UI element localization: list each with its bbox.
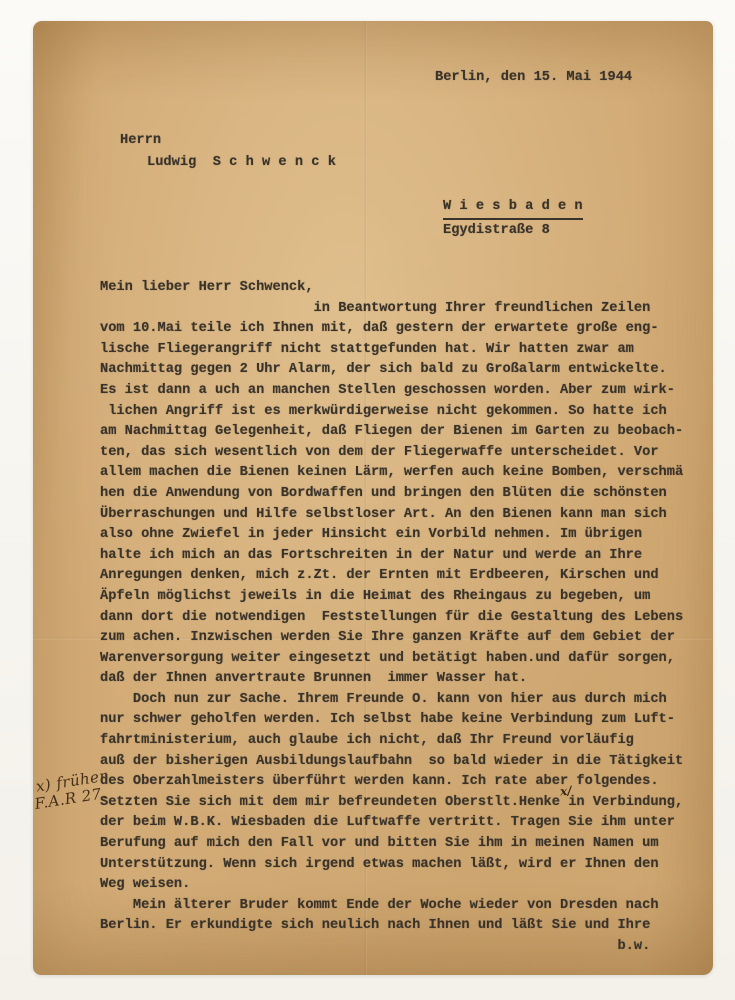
letter-line: auß der bisherigen Ausbildungslaufbahn s…	[100, 752, 683, 773]
letter-line: nur schwer geholfen werden. Ich selbst h…	[100, 710, 683, 731]
letter-line: fahrtministerium, auch glaube ich nicht,…	[100, 731, 683, 752]
letter-line: Weg weisen.	[100, 875, 683, 896]
recipient-name: Ludwig S c h w e n c k	[147, 153, 336, 174]
letter-line: hen die Anwendung von Bordwaffen und bri…	[100, 484, 683, 505]
letter-line: zum achen. Inzwischen werden Sie Ihre ga…	[100, 628, 683, 649]
letter-line: Setzten Sie sich mit dem mir befreundete…	[100, 793, 683, 814]
letter-line: Unterstützung. Wenn sich irgend etwas ma…	[100, 855, 683, 876]
letter-line: Es ist dann a uch an manchen Stellen ges…	[100, 381, 683, 402]
letter-line: vom 10.Mai teile ich Ihnen mit, daß gest…	[100, 319, 683, 340]
letter-line: lichen Angriff ist es merkwürdigerweise …	[100, 402, 683, 423]
letter-line: Nachmittag gegen 2 Uhr Alarm, der sich b…	[100, 360, 683, 381]
letter-line: in Beantwortung Ihrer freundlichen Zeile…	[100, 299, 683, 320]
letter-line: ten, das sich wesentlich von dem der Fli…	[100, 443, 683, 464]
letter-line: des Oberzahlmeisters überführt werden ka…	[100, 772, 683, 793]
letter-line: b.w.	[100, 937, 683, 958]
letter-line: Berufung auf mich den Fall vor und bitte…	[100, 834, 683, 855]
date-line: Berlin, den 15. Mai 1944	[435, 68, 632, 89]
letter-line: Mein älterer Bruder kommt Ende der Woche…	[100, 896, 683, 917]
letter-line: allem machen die Bienen keinen Lärm, wer…	[100, 463, 683, 484]
letter-line: Anregungen denken, mich z.Zt. der Ernten…	[100, 566, 683, 587]
letter-line: Mein lieber Herr Schwenck,	[100, 278, 683, 299]
letter-line: halte ich mich an das Fortschreiten in d…	[100, 546, 683, 567]
recipient-street: Egydistraße 8	[443, 221, 550, 242]
recipient-salutation: Herrn	[120, 131, 161, 152]
letter-line: Überraschungen und Hilfe selbstloser Art…	[100, 505, 683, 526]
letter-line: Äpfeln möglichst jeweils in die Heimat d…	[100, 587, 683, 608]
letter-line: Warenversorgung weiter eingesetzt und be…	[100, 649, 683, 670]
letter-body: Mein lieber Herr Schwenck, in Beantwortu…	[100, 278, 683, 958]
letter-paper: Berlin, den 15. Mai 1944 Herrn Ludwig S …	[33, 21, 713, 975]
recipient-city-underlined: W i e s b a d e n	[443, 197, 583, 220]
letter-line: Berlin. Er erkundigte sich neulich nach …	[100, 916, 683, 937]
scanned-letter-page: Berlin, den 15. Mai 1944 Herrn Ludwig S …	[0, 0, 735, 1000]
letter-line: lische Fliegerangriff nicht stattgefunde…	[100, 340, 683, 361]
letter-line: daß der Ihnen anvertraute Brunnen immer …	[100, 669, 683, 690]
letter-line: am Nachmittag Gelegenheit, daß Fliegen d…	[100, 422, 683, 443]
letter-line: der beim W.B.K. Wiesbaden die Luftwaffe …	[100, 813, 683, 834]
letter-line: Doch nun zur Sache. Ihrem Freunde O. kan…	[100, 690, 683, 711]
letter-line: also ohne Zwiefel in jeder Hinsicht ein …	[100, 525, 683, 546]
letter-line: dann dort die notwendigen Feststellungen…	[100, 608, 683, 629]
handwritten-reference-mark: x/	[559, 783, 572, 798]
